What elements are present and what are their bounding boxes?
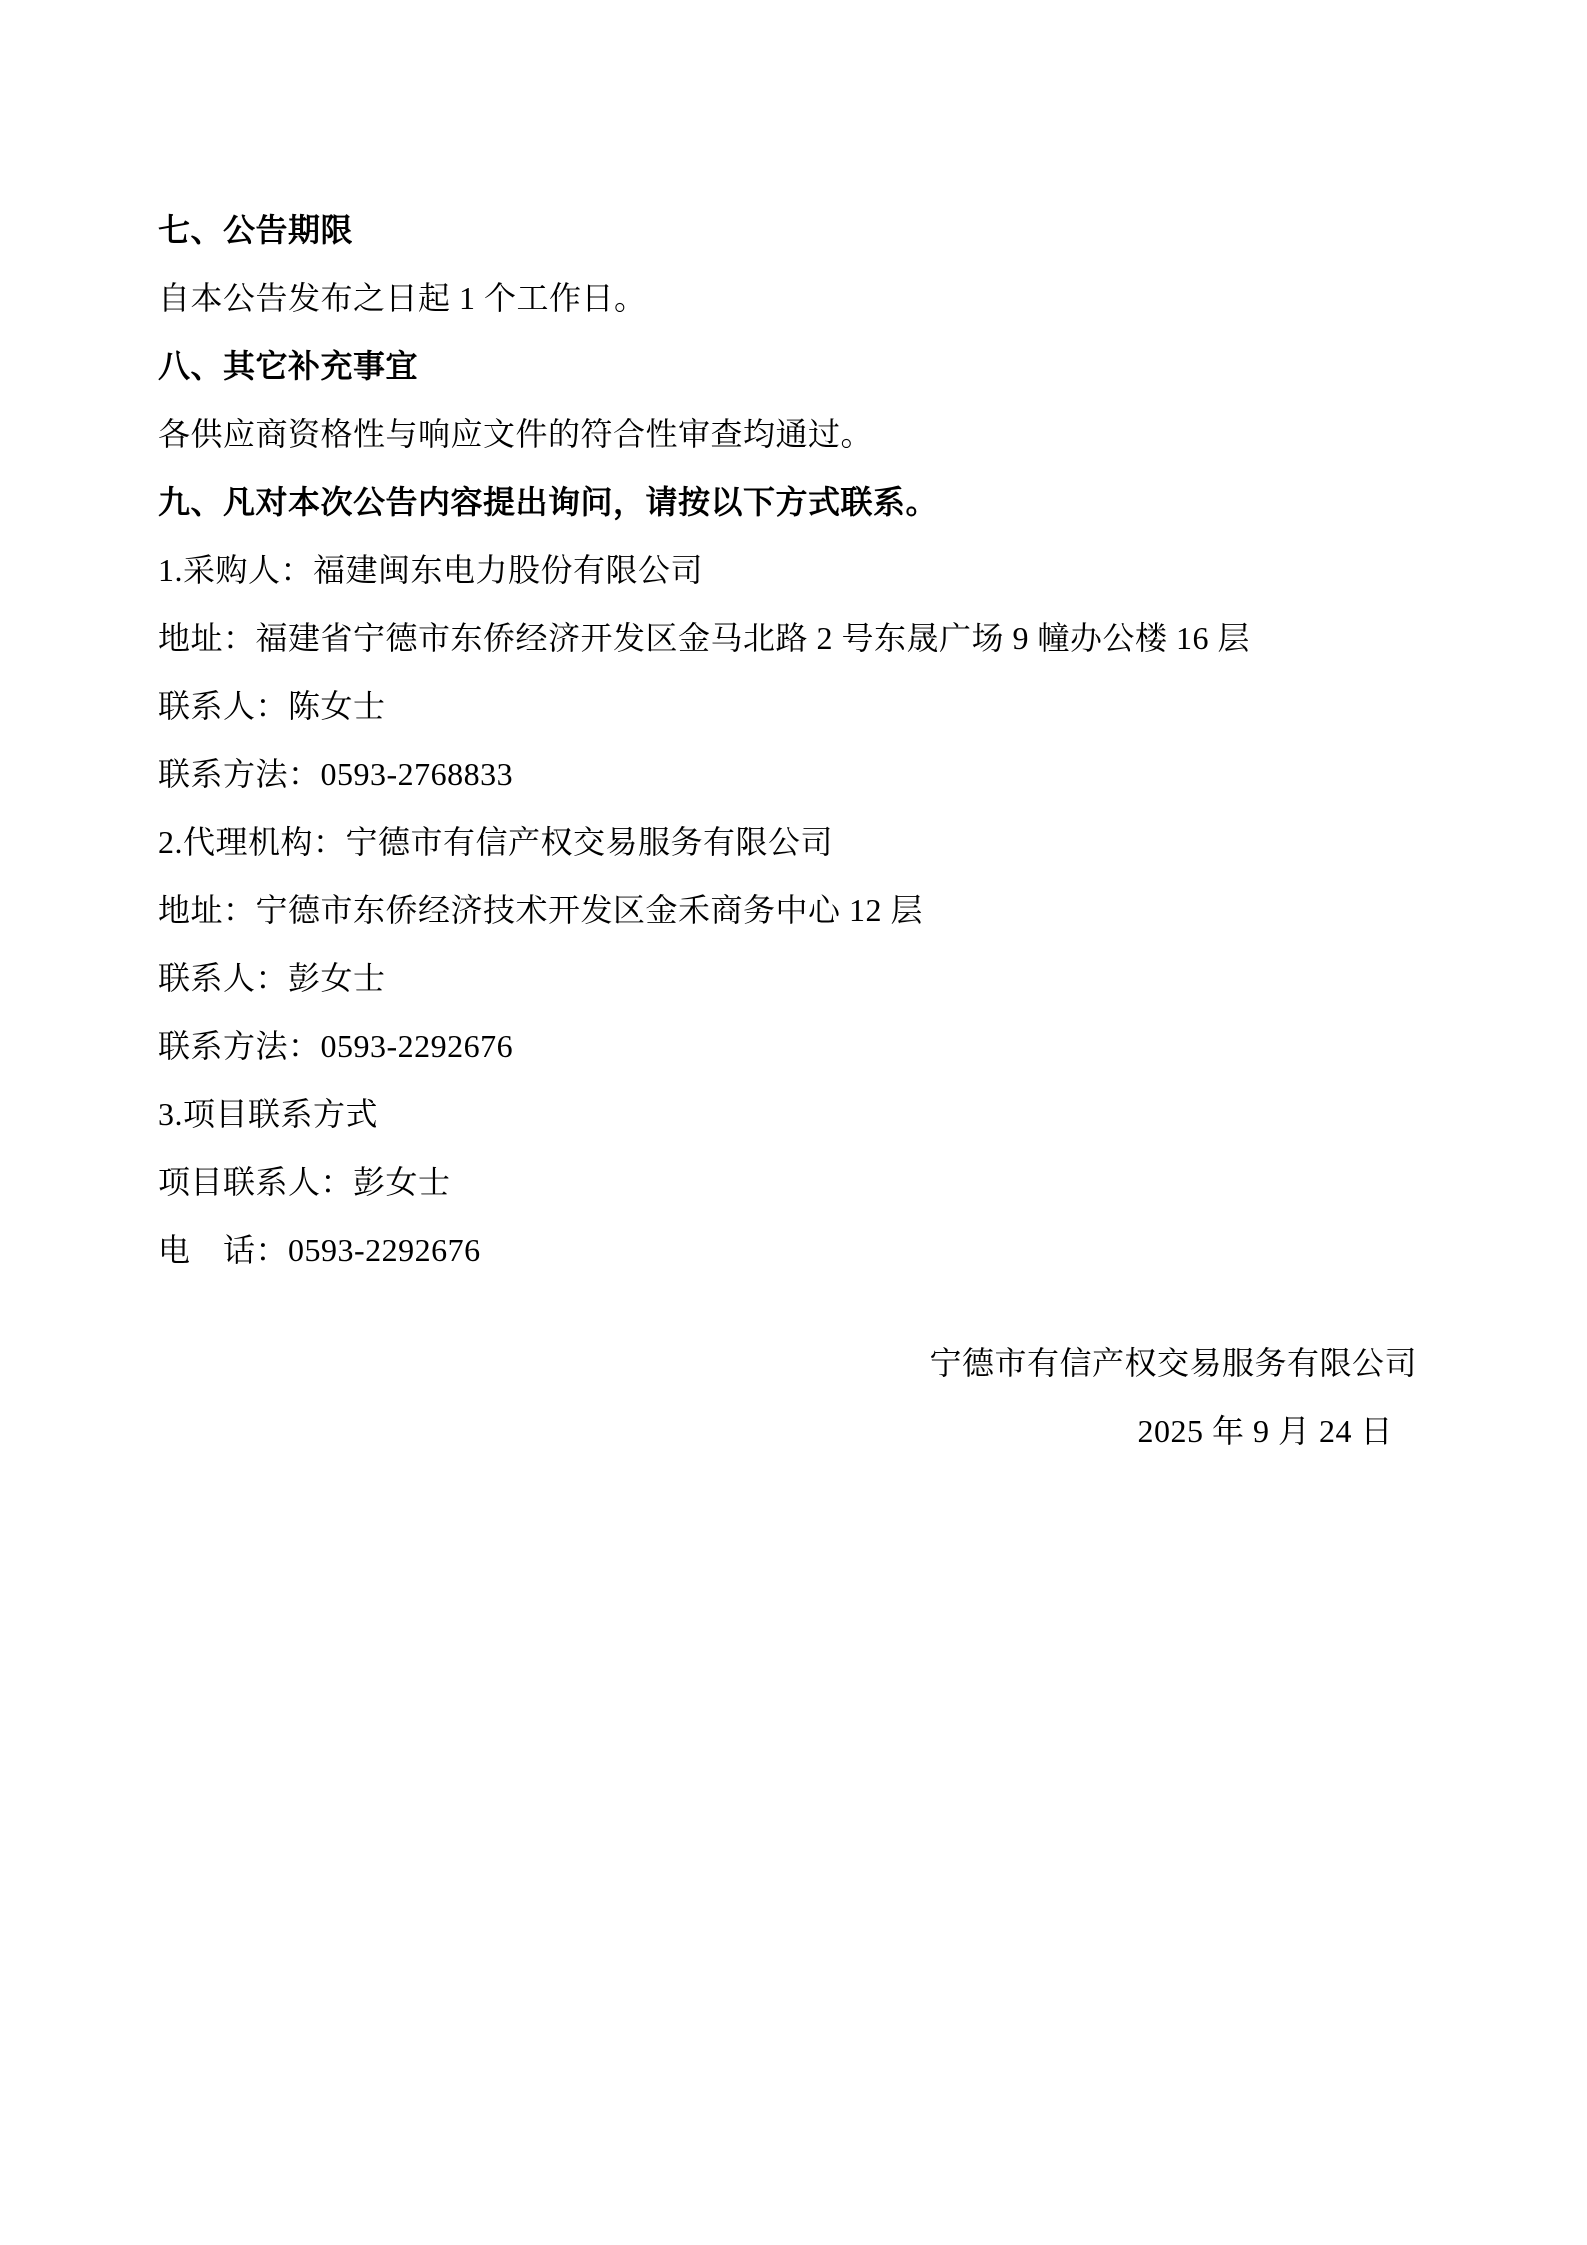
section-heading-8: 八、其它补充事宜 bbox=[158, 332, 1430, 400]
signature-company: 宁德市有信产权交易服务有限公司 bbox=[158, 1329, 1430, 1397]
project-contact: 项目联系人：彭女士 bbox=[158, 1148, 1430, 1216]
agency-contact: 联系人：彭女士 bbox=[158, 944, 1430, 1012]
document-page: 七、公告期限 自本公告发布之日起 1 个工作日。 八、其它补充事宜 各供应商资格… bbox=[0, 0, 1587, 2245]
body-paragraph: 各供应商资格性与响应文件的符合性审查均通过。 bbox=[158, 400, 1430, 468]
purchaser-contact: 联系人：陈女士 bbox=[158, 672, 1430, 740]
section-heading-9: 九、凡对本次公告内容提出询问，请按以下方式联系。 bbox=[158, 468, 1430, 536]
project-phone: 电 话：0593-2292676 bbox=[158, 1216, 1430, 1284]
agency-phone: 联系方法：0593-2292676 bbox=[158, 1012, 1430, 1080]
agency-line: 2.代理机构：宁德市有信产权交易服务有限公司 bbox=[158, 808, 1430, 876]
section-heading-7: 七、公告期限 bbox=[158, 196, 1430, 264]
agency-address: 地址：宁德市东侨经济技术开发区金禾商务中心 12 层 bbox=[158, 876, 1430, 944]
signature-block: 宁德市有信产权交易服务有限公司 2025 年 9 月 24 日 bbox=[158, 1329, 1430, 1465]
purchaser-address: 地址：福建省宁德市东侨经济开发区金马北路 2 号东晟广场 9 幢办公楼 16 层 bbox=[158, 604, 1430, 672]
purchaser-line: 1.采购人：福建闽东电力股份有限公司 bbox=[158, 536, 1430, 604]
signature-date: 2025 年 9 月 24 日 bbox=[158, 1397, 1430, 1465]
project-contact-heading: 3.项目联系方式 bbox=[158, 1080, 1430, 1148]
body-paragraph: 自本公告发布之日起 1 个工作日。 bbox=[158, 264, 1430, 332]
purchaser-phone: 联系方法：0593-2768833 bbox=[158, 740, 1430, 808]
